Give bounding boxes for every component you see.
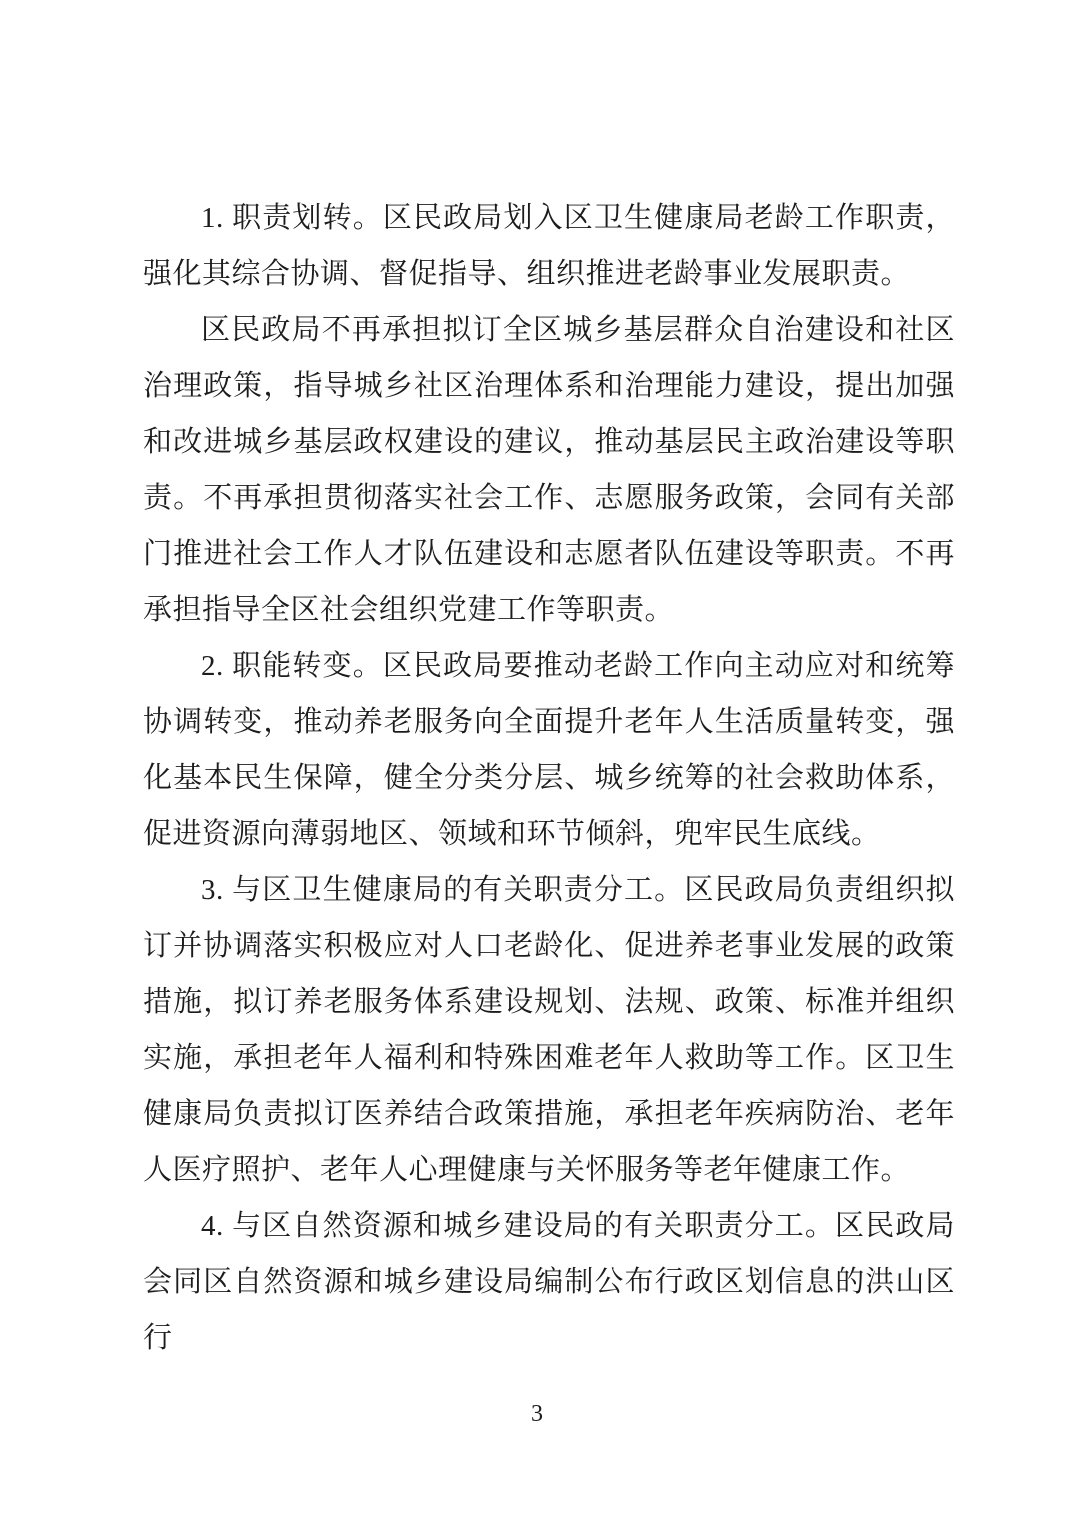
paragraph-1: 1. 职责划转。区民政局划入区卫生健康局老龄工作职责，强化其综合协调、督促指导、… <box>143 190 955 302</box>
paragraph-3: 2. 职能转变。区民政局要推动老龄工作向主动应对和统筹协调转变，推动养老服务向全… <box>143 638 955 862</box>
document-page: 1. 职责划转。区民政局划入区卫生健康局老龄工作职责，强化其综合协调、督促指导、… <box>0 0 1074 1520</box>
paragraph-4: 3. 与区卫生健康局的有关职责分工。区民政局负责组织拟订并协调落实积极应对人口老… <box>143 862 955 1198</box>
paragraph-2: 区民政局不再承担拟订全区城乡基层群众自治建设和社区治理政策，指导城乡社区治理体系… <box>143 302 955 638</box>
document-body: 1. 职责划转。区民政局划入区卫生健康局老龄工作职责，强化其综合协调、督促指导、… <box>143 190 955 1366</box>
page-number: 3 <box>0 1398 1074 1430</box>
paragraph-5: 4. 与区自然资源和城乡建设局的有关职责分工。区民政局会同区自然资源和城乡建设局… <box>143 1198 955 1366</box>
